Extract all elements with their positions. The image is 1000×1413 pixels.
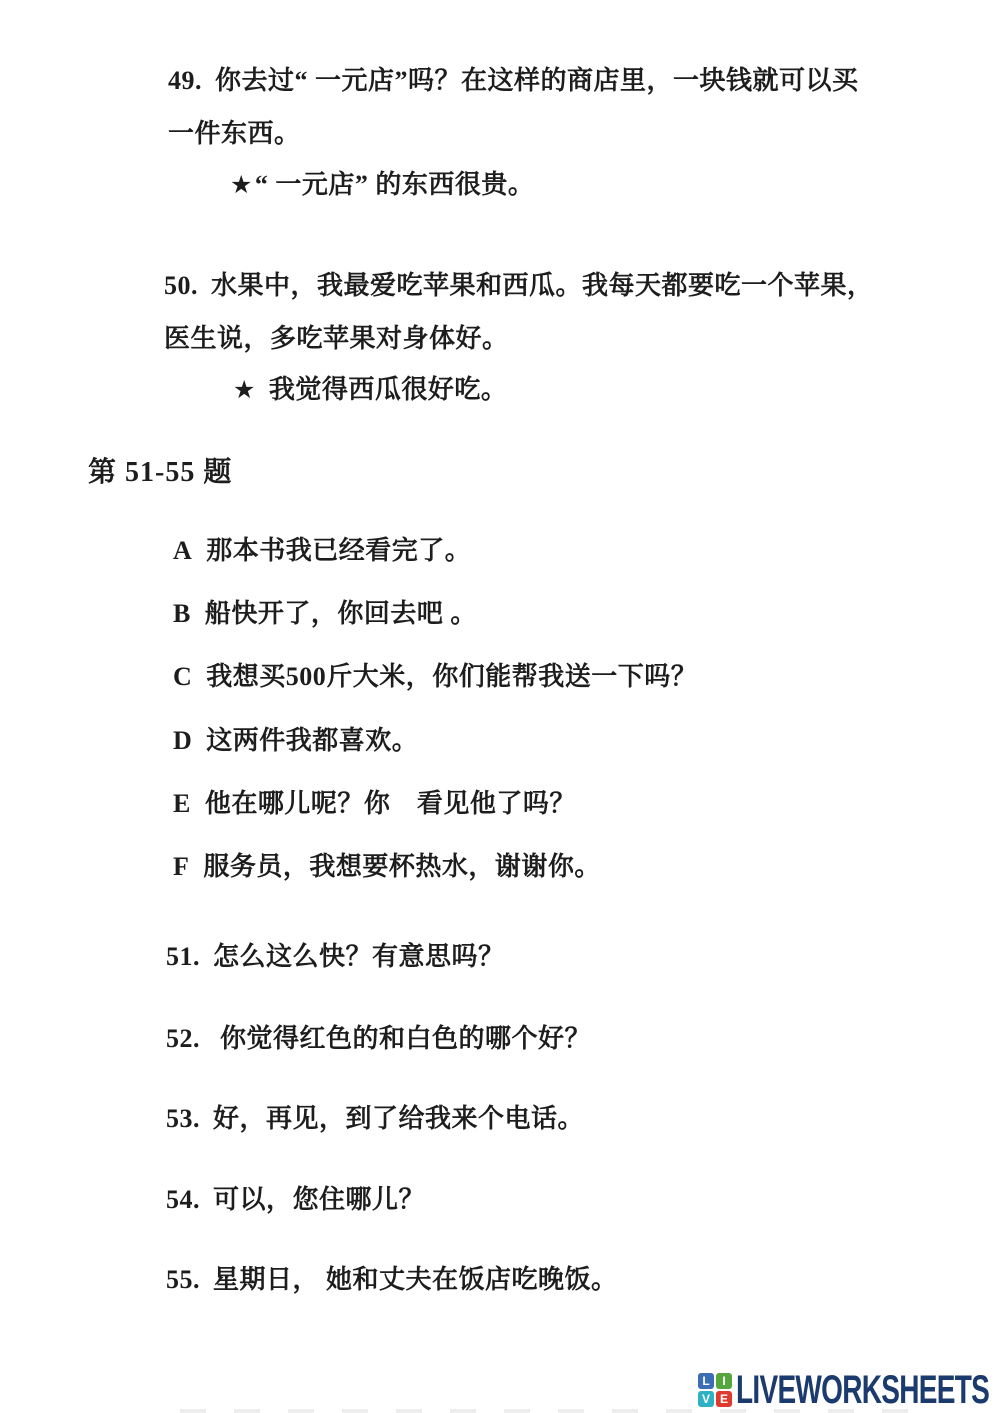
option-text: 船快开了，你回去吧 。 (205, 593, 477, 630)
question-text: 水果中，我最爱吃苹果和西瓜。我每天都要吃一个苹果， (211, 265, 874, 302)
question-number: 55. (166, 1265, 200, 1295)
question-50-line-1: 50.水果中，我最爱吃苹果和西瓜。我每天都要吃一个苹果， (164, 265, 874, 302)
statement-text: “ 一元店” 的东西很贵。 (255, 164, 535, 201)
cutoff-next-line-artifact (180, 1409, 910, 1413)
question-text: 星期日， 她和丈夫在饭店吃晚饭。 (213, 1259, 618, 1296)
option-d: D这两件我都喜欢。 (173, 720, 418, 757)
question-text: 你觉得红色的和白色的哪个好？ (213, 1018, 591, 1055)
option-text: 他在哪儿呢？你 看见他了吗？ (205, 783, 576, 820)
question-55: 55.星期日， 她和丈夫在饭店吃晚饭。 (166, 1259, 618, 1296)
option-letter: C (173, 662, 192, 692)
option-letter: E (173, 789, 191, 819)
question-text: 医生说，多吃苹果对身体好。 (164, 318, 509, 355)
worksheet-page: 49.你去过“ 一元店”吗？在这样的商店里，一块钱就可以买 一件东西。 ★“ 一… (0, 0, 1000, 1413)
option-e: E他在哪儿呢？你 看见他了吗？ (173, 783, 576, 820)
option-letter: B (173, 599, 191, 629)
question-53: 53.好，再见，到了给我来个电话。 (166, 1098, 584, 1135)
option-letter: F (173, 852, 189, 882)
question-49-statement: ★“ 一元店” 的东西很贵。 (230, 164, 534, 201)
question-number: 53. (166, 1104, 200, 1134)
option-text: 服务员，我想要杯热水，谢谢你。 (203, 846, 601, 883)
question-49-line-2: 一件东西。 (168, 113, 301, 150)
option-b: B船快开了，你回去吧 。 (173, 593, 477, 630)
option-text: 这两件我都喜欢。 (206, 720, 418, 757)
option-letter: A (173, 536, 192, 566)
option-c: C我想买500斤大米，你们能帮我送一下吗？ (173, 656, 697, 693)
logo-tile-l: L (698, 1373, 714, 1389)
question-text: 可以，您住哪儿？ (213, 1179, 425, 1216)
statement-text: 我觉得西瓜很好吃。 (269, 369, 508, 406)
question-51: 51.怎么这么快？有意思吗？ (166, 936, 505, 973)
question-number: 52. (166, 1024, 200, 1054)
star-icon: ★ (233, 375, 256, 404)
option-text: 那本书我已经看完了。 (206, 530, 471, 567)
question-text: 好，再见，到了给我来个电话。 (213, 1098, 584, 1135)
liveworksheets-wordmark: LIVEWORKSHEETS (736, 1370, 989, 1410)
logo-tile-v: V (698, 1391, 714, 1407)
question-54: 54.可以，您住哪儿？ (166, 1179, 425, 1216)
liveworksheets-tiles-icon: L I V E (698, 1373, 732, 1407)
logo-tile-i: I (716, 1373, 732, 1389)
question-52: 52. 你觉得红色的和白色的哪个好？ (166, 1018, 591, 1055)
option-text: 我想买500斤大米，你们能帮我送一下吗？ (206, 656, 697, 693)
question-number: 50. (164, 271, 198, 301)
question-49-line-1: 49.你去过“ 一元店”吗？在这样的商店里，一块钱就可以买 (168, 60, 859, 97)
question-text: 怎么这么快？有意思吗？ (213, 936, 505, 973)
question-number: 49. (168, 66, 202, 96)
liveworksheets-logo[interactable]: L I V E LIVEWORKSHEETS (698, 1370, 1000, 1410)
question-text: 你去过“ 一元店”吗？在这样的商店里，一块钱就可以买 (215, 60, 859, 97)
question-50-statement: ★我觉得西瓜很好吃。 (233, 369, 507, 406)
question-number: 51. (166, 942, 200, 972)
star-icon: ★ (230, 170, 253, 199)
question-text: 一件东西。 (168, 113, 301, 150)
option-a: A那本书我已经看完了。 (173, 530, 471, 567)
section-heading: 第 51-55 题 (88, 450, 232, 490)
question-number: 54. (166, 1185, 200, 1215)
option-letter: D (173, 726, 192, 756)
logo-tile-e: E (716, 1391, 732, 1407)
option-f: F服务员，我想要杯热水，谢谢你。 (173, 846, 601, 883)
question-50-line-2: 医生说，多吃苹果对身体好。 (164, 318, 509, 355)
